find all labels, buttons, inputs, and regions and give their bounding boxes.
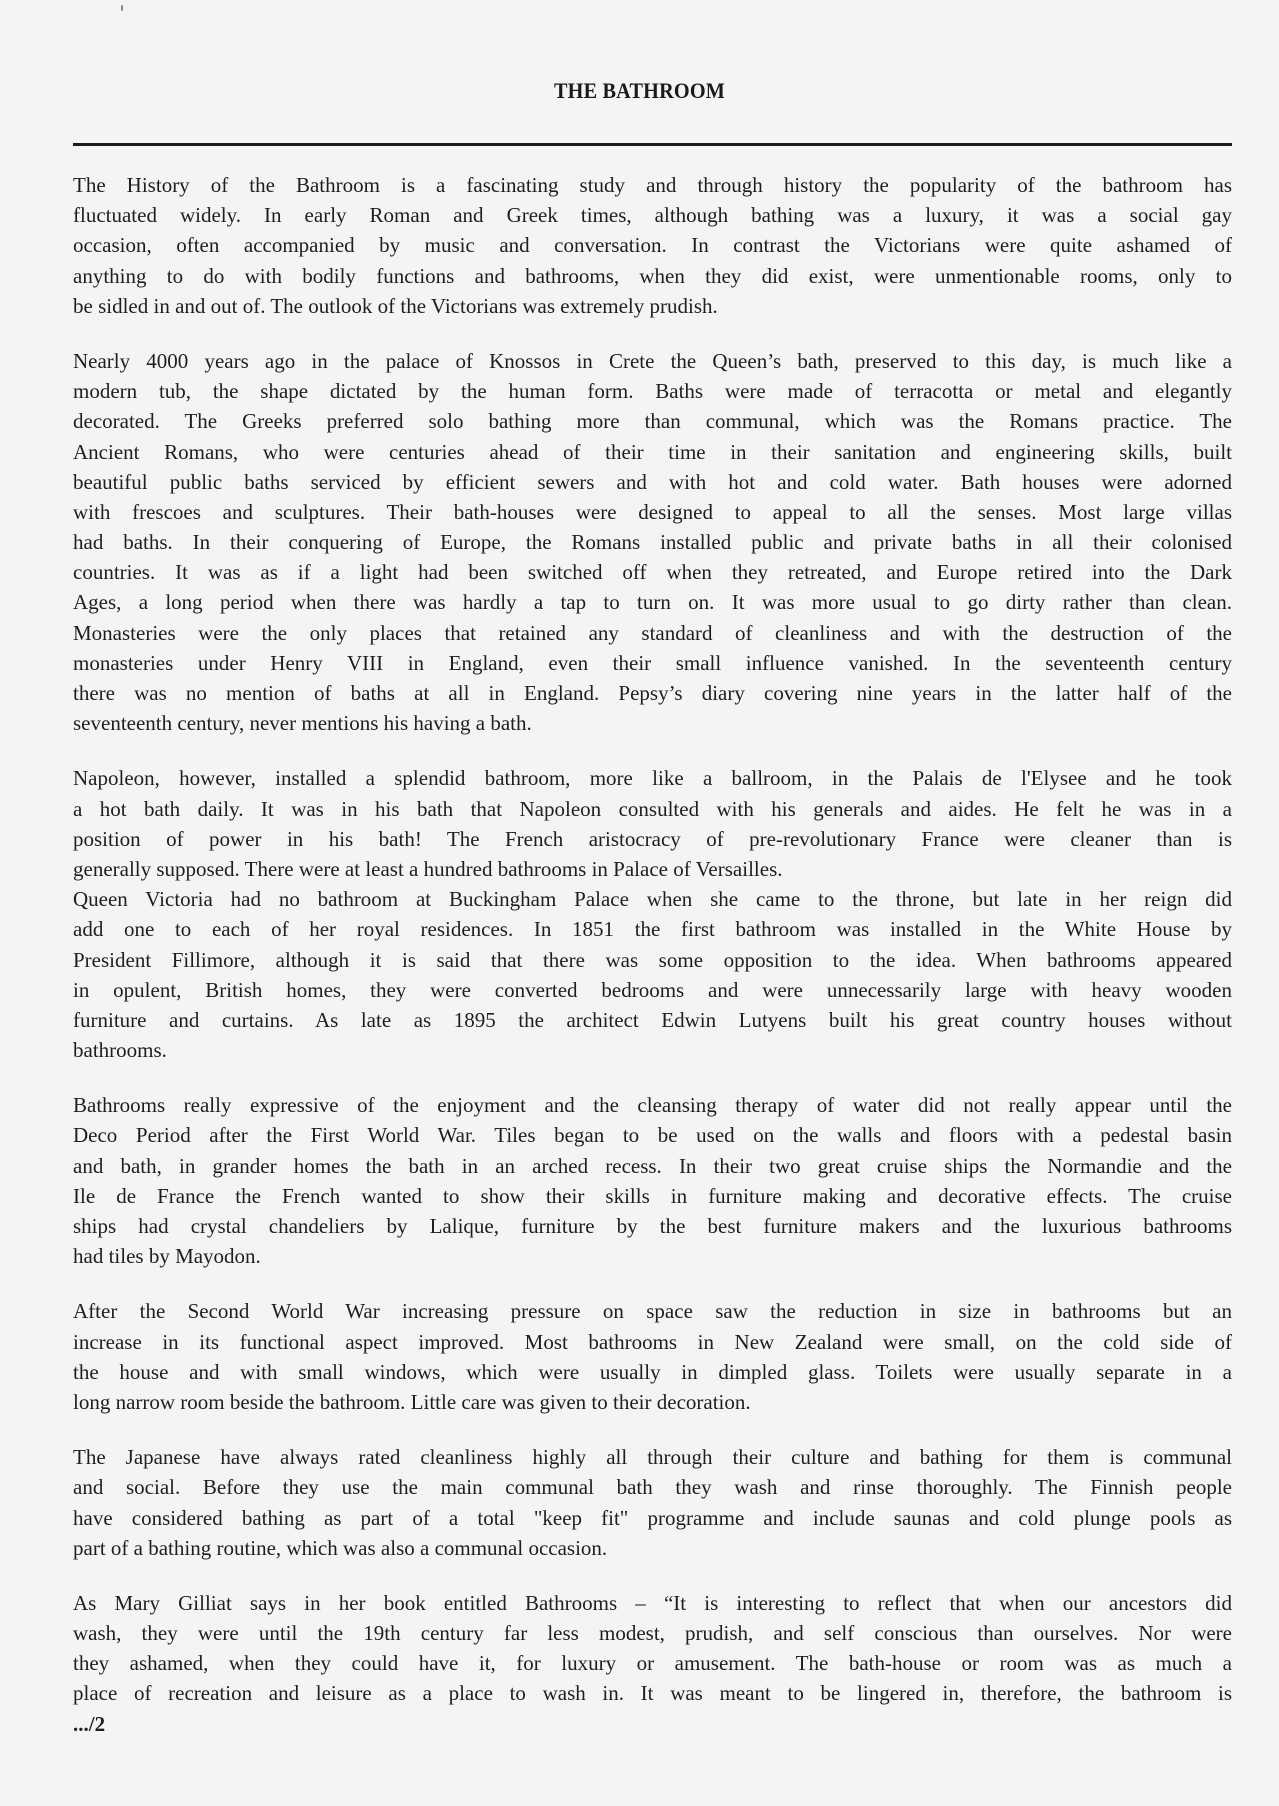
text-line: a hot bath daily. It was in his bath tha… bbox=[73, 794, 1232, 824]
text-line: long narrow room beside the bathroom. Li… bbox=[73, 1387, 1232, 1417]
body-text: The History of the Bathroom is a fascina… bbox=[73, 170, 1232, 1739]
paragraph-japanese-finnish: The Japanese have always rated cleanline… bbox=[73, 1442, 1232, 1563]
text-line: bathrooms. bbox=[73, 1035, 1232, 1065]
text-line: monasteries under Henry VIII in England,… bbox=[73, 648, 1232, 678]
text-line: generally supposed. There were at least … bbox=[73, 854, 1232, 884]
text-line: Napoleon, however, installed a splendid … bbox=[73, 763, 1232, 793]
text-line: beautiful public baths serviced by effic… bbox=[73, 467, 1232, 497]
text-line: had tiles by Mayodon. bbox=[73, 1241, 1232, 1271]
text-line: Ancient Romans, who were centuries ahead… bbox=[73, 437, 1232, 467]
scan-speck bbox=[121, 5, 123, 11]
text-line: have considered bathing as part of a tot… bbox=[73, 1503, 1232, 1533]
text-line: there was no mention of baths at all in … bbox=[73, 678, 1232, 708]
text-line: position of power in his bath! The Frenc… bbox=[73, 824, 1232, 854]
paragraph-history-intro: The History of the Bathroom is a fascina… bbox=[73, 170, 1232, 321]
text-line: Deco Period after the First World War. T… bbox=[73, 1120, 1232, 1150]
text-line: decorated. The Greeks preferred solo bat… bbox=[73, 406, 1232, 436]
text-line: furniture and curtains. As late as 1895 … bbox=[73, 1005, 1232, 1035]
title-divider bbox=[73, 143, 1232, 146]
text-line: wash, they were until the 19th century f… bbox=[73, 1618, 1232, 1648]
text-line: with frescoes and sculptures. Their bath… bbox=[73, 497, 1232, 527]
text-line: anything to do with bodily functions and… bbox=[73, 261, 1232, 291]
text-line: and social. Before they use the main com… bbox=[73, 1472, 1232, 1502]
paragraph-deco-period: Bathrooms really expressive of the enjoy… bbox=[73, 1090, 1232, 1271]
text-line: Monasteries were the only places that re… bbox=[73, 618, 1232, 648]
text-line: Queen Victoria had no bathroom at Buckin… bbox=[73, 884, 1232, 914]
text-line: After the Second World War increasing pr… bbox=[73, 1296, 1232, 1326]
paragraph-queen-victoria: Queen Victoria had no bathroom at Buckin… bbox=[73, 884, 1232, 1065]
paragraph-post-war: After the Second World War increasing pr… bbox=[73, 1296, 1232, 1417]
text-line: President Fillimore, although it is said… bbox=[73, 945, 1232, 975]
text-line: and bath, in grander homes the bath in a… bbox=[73, 1151, 1232, 1181]
text-line: countries. It was as if a light had been… bbox=[73, 557, 1232, 587]
text-line: be sidled in and out of. The outlook of … bbox=[73, 291, 1232, 321]
text-line: had baths. In their conquering of Europe… bbox=[73, 527, 1232, 557]
text-line: As Mary Gilliat says in her book entitle… bbox=[73, 1588, 1232, 1618]
text-line: ships had crystal chandeliers by Lalique… bbox=[73, 1211, 1232, 1241]
text-line: Ile de France the French wanted to show … bbox=[73, 1181, 1232, 1211]
text-line: Ages, a long period when there was hardl… bbox=[73, 587, 1232, 617]
text-line: Nearly 4000 years ago in the palace of K… bbox=[73, 346, 1232, 376]
text-line: part of a bathing routine, which was als… bbox=[73, 1533, 1232, 1563]
page-continuation-marker: .../2 bbox=[73, 1709, 1232, 1739]
paragraph-napoleon: Napoleon, however, installed a splendid … bbox=[73, 763, 1232, 884]
text-line: The Japanese have always rated cleanline… bbox=[73, 1442, 1232, 1472]
text-line: occasion, often accompanied by music and… bbox=[73, 230, 1232, 260]
text-line: in opulent, British homes, they were con… bbox=[73, 975, 1232, 1005]
text-line: the house and with small windows, which … bbox=[73, 1357, 1232, 1387]
paragraph-mary-gilliat-quote: As Mary Gilliat says in her book entitle… bbox=[73, 1588, 1232, 1709]
page-title: THE BATHROOM bbox=[51, 78, 1228, 104]
text-line: seventeenth century, never mentions his … bbox=[73, 708, 1232, 738]
text-line: modern tub, the shape dictated by the hu… bbox=[73, 376, 1232, 406]
text-line: add one to each of her royal residences.… bbox=[73, 914, 1232, 944]
text-line: The History of the Bathroom is a fascina… bbox=[73, 170, 1232, 200]
paragraph-ancient-baths: Nearly 4000 years ago in the palace of K… bbox=[73, 346, 1232, 738]
text-line: they ashamed, when they could have it, f… bbox=[73, 1648, 1232, 1678]
text-line: Bathrooms really expressive of the enjoy… bbox=[73, 1090, 1232, 1120]
text-line: fluctuated widely. In early Roman and Gr… bbox=[73, 200, 1232, 230]
text-line: increase in its functional aspect improv… bbox=[73, 1327, 1232, 1357]
text-line: place of recreation and leisure as a pla… bbox=[73, 1678, 1232, 1708]
document-page: THE BATHROOM The History of the Bathroom… bbox=[0, 0, 1279, 1806]
